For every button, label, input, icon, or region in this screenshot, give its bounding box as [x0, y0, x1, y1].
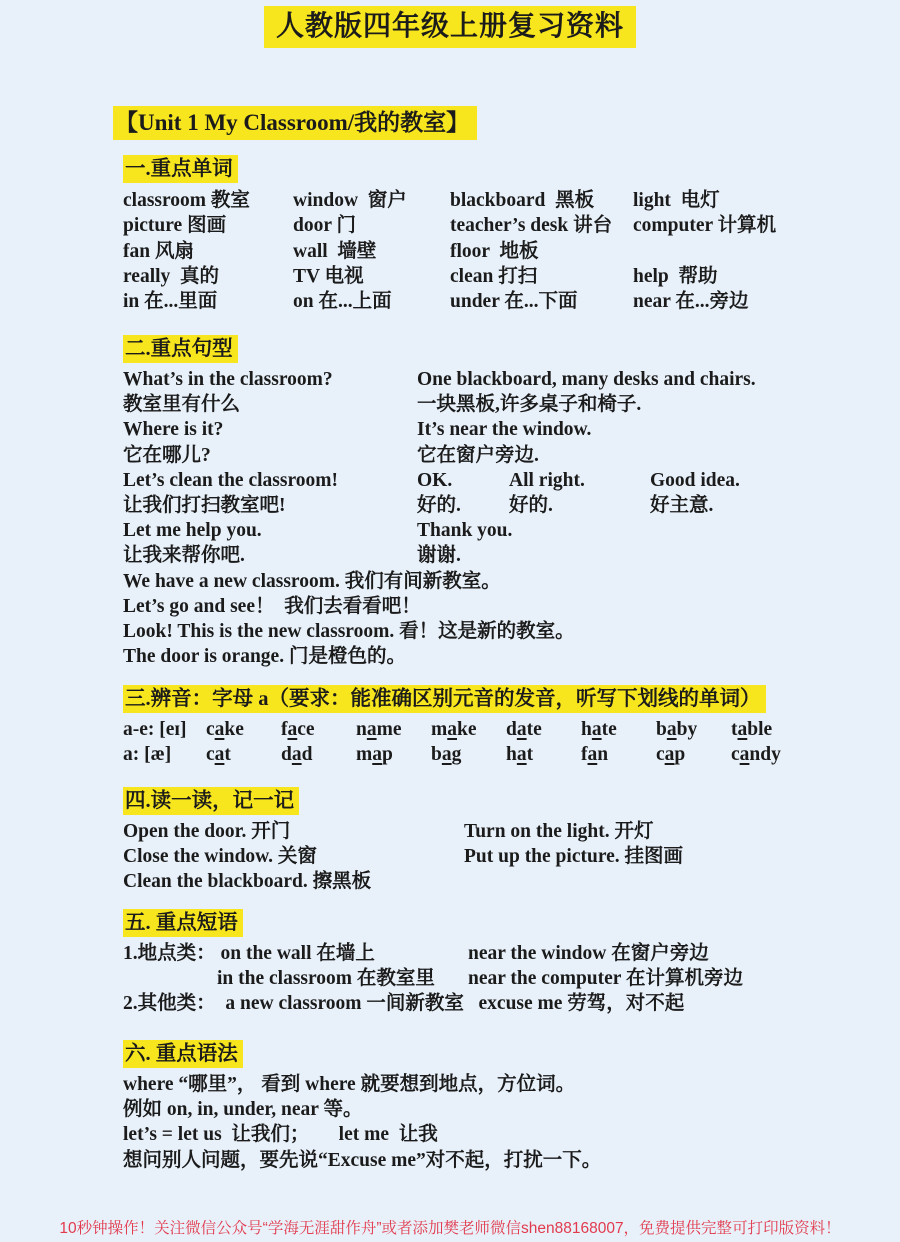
- sentence-en: What’s in the classroom?: [123, 367, 417, 392]
- sentence-line: Look! This is the new classroom. 看！这是新的教…: [123, 619, 850, 644]
- sentence-row: 它在哪儿? 它在窗户旁边.: [123, 443, 850, 468]
- phonics-word: table: [731, 717, 782, 742]
- phonics-word: make: [431, 717, 482, 742]
- phonics-row: a-e: [eɪ] cakefacenamemakedatehatebabyta…: [123, 717, 850, 742]
- phonics-word: date: [506, 717, 557, 742]
- sentence-zh: 教室里有什么: [123, 392, 417, 417]
- phonics-word: candy: [731, 742, 782, 767]
- phonics-word: dad: [281, 742, 332, 767]
- sentence-answer: 谢谢.: [417, 543, 850, 568]
- vocab-cell: TV 电视: [293, 264, 450, 289]
- vocab-cell: light 电灯: [633, 188, 850, 213]
- sentence-answer: Thank you.: [417, 518, 850, 543]
- phonics-words: cakefacenamemakedatehatebabytable: [206, 717, 806, 742]
- vocab-cell: really 真的: [123, 264, 293, 289]
- sentence-zh: 让我们打扫教室吧!: [123, 493, 417, 518]
- vocab-cell: in 在...里面: [123, 289, 293, 314]
- section-heading: 四.读一读，记一记: [123, 787, 299, 815]
- vocab-cell: near 在...旁边: [633, 289, 850, 314]
- reply-2: 好的.: [509, 493, 650, 518]
- vocab-cell: fan 风扇: [123, 239, 293, 264]
- phonics-words: catdadmapbaghatfancapcandy: [206, 742, 806, 767]
- phonics-word: face: [281, 717, 332, 742]
- sentence-en: Let me help you.: [123, 518, 417, 543]
- phrase-rows: 1.地点类： on the wall 在墙上 near the window 在…: [123, 941, 850, 1017]
- phonics-label: a-e: [eɪ]: [123, 717, 206, 742]
- vocab-cell: classroom 教室: [123, 188, 293, 213]
- vocab-cell: on 在...上面: [293, 289, 450, 314]
- sentence-zh: 它在哪儿?: [123, 443, 417, 468]
- phrase-left: 1.地点类： on the wall 在墙上: [123, 941, 468, 966]
- phonics-row: a: [æ] catdadmapbaghatfancapcandy: [123, 742, 850, 767]
- vocab-grid: classroom 教室 window 窗户 blackboard 黑板 lig…: [123, 188, 850, 314]
- reply-3: Good idea.: [650, 468, 850, 493]
- document-page: 人教版四年级上册复习资料 【Unit 1 My Classroom/我的教室】 …: [0, 0, 900, 1242]
- phrase-row: 1.地点类： on the wall 在墙上 near the window 在…: [123, 941, 850, 966]
- vocab-cell: door 门: [293, 213, 450, 238]
- footer-promo-text: 10秒钟操作！关注微信公众号“学海无涯甜作舟”或者添加樊老师微信shen8816…: [0, 1219, 900, 1239]
- document-title-wrap: 人教版四年级上册复习资料: [0, 6, 900, 48]
- section-key-phrases: 五. 重点短语 1.地点类： on the wall 在墙上 near the …: [123, 909, 850, 1017]
- phrase-left: in the classroom 在教室里: [123, 966, 468, 991]
- phrase-row: Open the door. 开门 Turn on the light. 开灯: [123, 819, 850, 844]
- vocab-cell: window 窗户: [293, 188, 450, 213]
- sentence-rows: What’s in the classroom? One blackboard,…: [123, 367, 850, 669]
- phonics-word: cake: [206, 717, 257, 742]
- phrase-right: Put up the picture. 挂图画: [464, 844, 850, 869]
- section-read-remember: 四.读一读，记一记 Open the door. 开门 Turn on the …: [123, 787, 850, 895]
- sentence-row: Where is it? It’s near the window.: [123, 417, 850, 442]
- sentence-line: Let’s go and see！ 我们去看看吧！: [123, 594, 850, 619]
- phrase-right: Turn on the light. 开灯: [464, 819, 850, 844]
- section-heading: 三.辨音：字母 a（要求：能准确区别元音的发音，听写下划线的单词）: [123, 685, 766, 713]
- unit-heading: 【Unit 1 My Classroom/我的教室】: [113, 106, 477, 140]
- sentence-answer: One blackboard, many desks and chairs.: [417, 367, 850, 392]
- section-sentence-patterns: 二.重点句型 What’s in the classroom? One blac…: [123, 335, 850, 669]
- section-key-grammar: 六. 重点语法 where “哪里”， 看到 where 就要想到地点，方位词。…: [123, 1040, 850, 1173]
- vocab-cell: picture 图画: [123, 213, 293, 238]
- phrase-row: Close the window. 关窗 Put up the picture.…: [123, 844, 850, 869]
- vocab-cell: computer 计算机: [633, 213, 850, 238]
- sentence-row: Let me help you. Thank you.: [123, 518, 850, 543]
- phonics-word: baby: [656, 717, 707, 742]
- section-heading: 六. 重点语法: [123, 1040, 243, 1068]
- phrase-line: Clean the blackboard. 擦黑板: [123, 869, 850, 894]
- sentence-line: The door is orange. 门是橙色的。: [123, 644, 850, 669]
- phrase-left: Close the window. 关窗: [123, 844, 464, 869]
- phonics-word: hate: [581, 717, 632, 742]
- grammar-line: 例如 on, in, under, near 等。: [123, 1097, 850, 1122]
- sentence-line: We have a new classroom. 我们有间新教室。: [123, 569, 850, 594]
- phrase-left: Open the door. 开门: [123, 819, 464, 844]
- vocab-cell: under 在...下面: [450, 289, 633, 314]
- phonics-word: hat: [506, 742, 557, 767]
- phonics-rows: a-e: [eɪ] cakefacenamemakedatehatebabyta…: [123, 717, 850, 767]
- sentence-en: Let’s clean the classroom!: [123, 468, 417, 493]
- grammar-line: where “哪里”， 看到 where 就要想到地点，方位词。: [123, 1072, 850, 1097]
- section-heading: 一.重点单词: [123, 155, 238, 183]
- sentence-answer: 一块黑板,许多桌子和椅子.: [417, 392, 850, 417]
- sentence-row: What’s in the classroom? One blackboard,…: [123, 367, 850, 392]
- reply-1: OK.: [417, 468, 509, 493]
- section-heading: 五. 重点短语: [123, 909, 243, 937]
- phrase-row: in the classroom 在教室里 near the computer …: [123, 966, 850, 991]
- sentence-row: 教室里有什么 一块黑板,许多桌子和椅子.: [123, 392, 850, 417]
- reply-3: 好主意.: [650, 493, 850, 518]
- phrase-right: near the computer 在计算机旁边: [468, 966, 850, 991]
- section-heading: 二.重点句型: [123, 335, 238, 363]
- sentence-row: 让我们打扫教室吧! 好的. 好的. 好主意.: [123, 493, 850, 518]
- grammar-rows: where “哪里”， 看到 where 就要想到地点，方位词。 例如 on, …: [123, 1072, 850, 1173]
- vocab-cell: teacher’s desk 讲台: [450, 213, 633, 238]
- phonics-word: cat: [206, 742, 257, 767]
- section-phonics: 三.辨音：字母 a（要求：能准确区别元音的发音，听写下划线的单词） a-e: […: [123, 685, 850, 767]
- sentence-zh: 让我来帮你吧.: [123, 543, 417, 568]
- phonics-word: cap: [656, 742, 707, 767]
- vocab-cell: floor 地板: [450, 239, 633, 264]
- vocab-cell: wall 墙壁: [293, 239, 450, 264]
- vocab-cell: blackboard 黑板: [450, 188, 633, 213]
- vocab-cell: [633, 239, 850, 264]
- phrase-right: near the window 在窗户旁边: [468, 941, 850, 966]
- reply-2: All right.: [509, 468, 650, 493]
- read-rows: Open the door. 开门 Turn on the light. 开灯 …: [123, 819, 850, 895]
- phonics-word: name: [356, 717, 407, 742]
- grammar-line: 想问别人问题，要先说“Excuse me”对不起，打扰一下。: [123, 1148, 850, 1173]
- sentence-en: Where is it?: [123, 417, 417, 442]
- vocab-cell: clean 打扫: [450, 264, 633, 289]
- phonics-word: map: [356, 742, 407, 767]
- phonics-label: a: [æ]: [123, 742, 206, 767]
- sentence-answer: It’s near the window.: [417, 417, 850, 442]
- phonics-word: fan: [581, 742, 632, 767]
- unit-heading-wrap: 【Unit 1 My Classroom/我的教室】: [113, 106, 477, 140]
- vocab-cell: help 帮助: [633, 264, 850, 289]
- reply-1: 好的.: [417, 493, 509, 518]
- phonics-word: bag: [431, 742, 482, 767]
- section-key-words: 一.重点单词 classroom 教室 window 窗户 blackboard…: [123, 155, 850, 314]
- phrase-line: 2.其他类： a new classroom 一间新教室 excuse me 劳…: [123, 991, 850, 1016]
- sentence-answer: 它在窗户旁边.: [417, 443, 850, 468]
- sentence-row: 让我来帮你吧. 谢谢.: [123, 543, 850, 568]
- sentence-row: Let’s clean the classroom! OK. All right…: [123, 468, 850, 493]
- grammar-line: let’s = let us 让我们； let me 让我: [123, 1122, 850, 1147]
- document-title: 人教版四年级上册复习资料: [264, 6, 636, 48]
